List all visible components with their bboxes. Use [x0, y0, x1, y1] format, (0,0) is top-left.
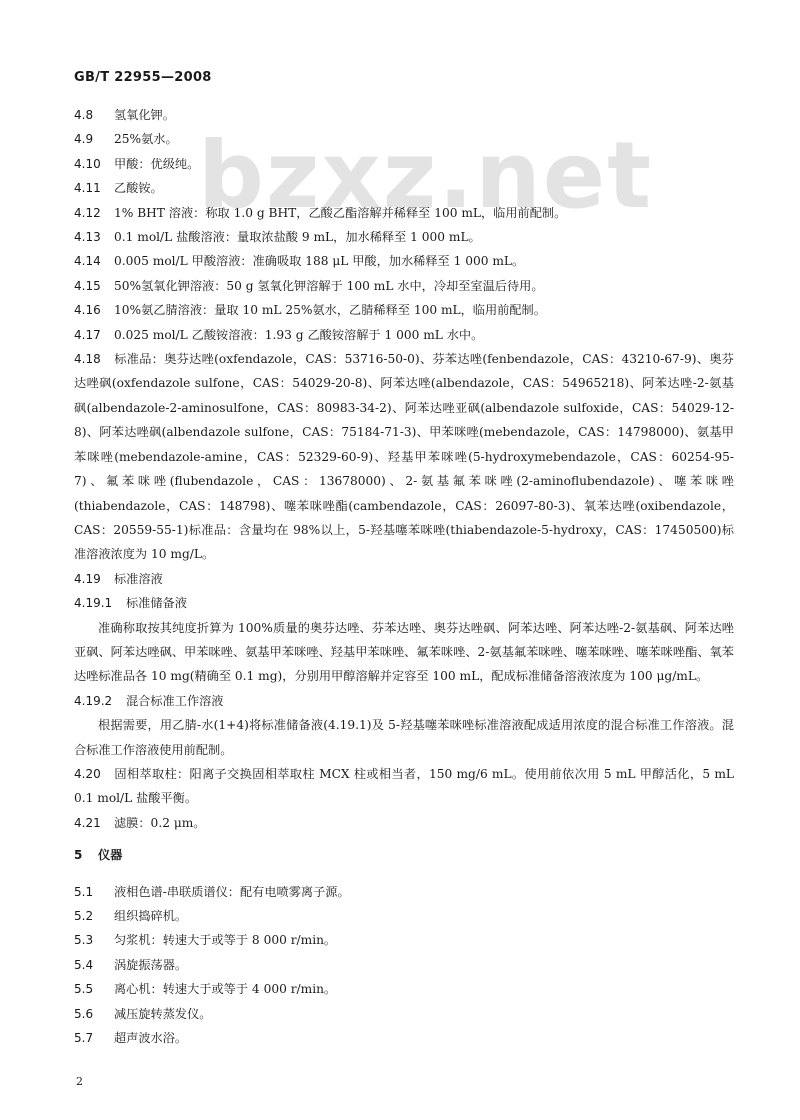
item-text: 0.1 mol/L 盐酸溶液：量取浓盐酸 9 mL，加水稀释至 1 000 mL…: [114, 230, 481, 244]
list-item: 4.925%氨水。: [74, 127, 734, 151]
item-text: 标准溶液: [114, 572, 163, 586]
item-number: 4.21: [74, 811, 114, 835]
item-number: 4.16: [74, 298, 114, 322]
list-item: 4.10甲酸：优级纯。: [74, 152, 734, 176]
item-number: 5.1: [74, 880, 114, 904]
item-text: 甲酸：优级纯。: [114, 157, 199, 171]
item-title: 混合标准工作溶液: [126, 694, 224, 708]
section-title: 仪器: [98, 848, 122, 862]
list-item: 5.3匀浆机：转速大于或等于 8 000 r/min。: [74, 928, 734, 952]
item-number: 4.9: [74, 127, 114, 151]
list-item: 4.20固相萃取柱：阳离子交换固相萃取柱 MCX 柱或相当者，150 mg/6 …: [74, 762, 734, 811]
document-page: GB/T 22955—2008 bzxz.net 4.8氢氧化钾。 4.925%…: [0, 0, 800, 1120]
item-text: 乙酸铵。: [114, 181, 163, 195]
item-number: 4.20: [74, 762, 114, 786]
item-number: 5.6: [74, 1002, 114, 1026]
section-number: 5: [74, 843, 98, 867]
item-text: 组织捣碎机。: [114, 909, 187, 923]
item-number: 4.10: [74, 152, 114, 176]
section-heading: 5仪器: [74, 843, 734, 867]
list-item: 4.1550%氢氧化钾溶液：50 g 氢氧化钾溶解于 100 mL 水中，冷却至…: [74, 274, 734, 298]
item-number: 5.4: [74, 953, 114, 977]
item-text: 涡旋振荡器。: [114, 958, 187, 972]
item-text: 液相色谱-串联质谱仪：配有电喷雾离子源。: [114, 885, 350, 899]
item-number: 4.13: [74, 225, 114, 249]
item-text: 1% BHT 溶液：称取 1.0 g BHT，乙酸乙酯溶解并稀释至 100 mL…: [114, 206, 566, 220]
list-item: 4.140.005 mol/L 甲酸溶液：准确吸取 188 μL 甲酸，加水稀释…: [74, 249, 734, 273]
list-item: 5.4涡旋振荡器。: [74, 953, 734, 977]
item-number: 5.5: [74, 977, 114, 1001]
item-number: 4.18: [74, 347, 114, 371]
list-item: 5.6减压旋转蒸发仪。: [74, 1002, 734, 1026]
item-number: 4.15: [74, 274, 114, 298]
list-item: 5.5离心机：转速大于或等于 4 000 r/min。: [74, 977, 734, 1001]
subsection-heading: 4.19.1标准储备液: [74, 591, 734, 615]
item-number: 4.19: [74, 567, 114, 591]
item-number: 4.19.2: [74, 689, 126, 713]
item-number: 4.19.1: [74, 591, 126, 615]
item-text: 标准品：奥芬达唑(oxfendazole，CAS：53716-50-0)、芬苯达…: [74, 352, 734, 561]
list-item: 4.1610%氨乙腈溶液：量取 10 mL 25%氨水，乙腈稀释至 100 mL…: [74, 298, 734, 322]
list-item: 4.11乙酸铵。: [74, 176, 734, 200]
item-text: 离心机：转速大于或等于 4 000 r/min。: [114, 982, 336, 996]
item-number: 5.2: [74, 904, 114, 928]
item-text: 25%氨水。: [114, 132, 178, 146]
list-item: 4.170.025 mol/L 乙酸铵溶液：1.93 g 乙酸铵溶解于 1 00…: [74, 323, 734, 347]
standard-code-header: GB/T 22955—2008: [74, 70, 212, 85]
item-number: 4.17: [74, 323, 114, 347]
item-text: 50%氢氧化钾溶液：50 g 氢氧化钾溶解于 100 mL 水中，冷却至室温后待…: [114, 279, 544, 293]
list-item: 4.130.1 mol/L 盐酸溶液：量取浓盐酸 9 mL，加水稀释至 1 00…: [74, 225, 734, 249]
list-item: 4.8氢氧化钾。: [74, 103, 734, 127]
item-text: 减压旋转蒸发仪。: [114, 1007, 212, 1021]
document-body: 4.8氢氧化钾。 4.925%氨水。 4.10甲酸：优级纯。 4.11乙酸铵。 …: [74, 103, 734, 1050]
item-number: 4.12: [74, 201, 114, 225]
list-item: 5.2组织捣碎机。: [74, 904, 734, 928]
item-number: 5.3: [74, 928, 114, 952]
item-number: 4.8: [74, 103, 114, 127]
list-item: 5.7超声波水浴。: [74, 1026, 734, 1050]
item-text: 固相萃取柱：阳离子交换固相萃取柱 MCX 柱或相当者，150 mg/6 mL。使…: [74, 767, 734, 805]
subsection-heading: 4.19.2混合标准工作溶液: [74, 689, 734, 713]
item-number: 5.7: [74, 1026, 114, 1050]
item-text: 匀浆机：转速大于或等于 8 000 r/min。: [114, 933, 336, 947]
item-number: 4.14: [74, 249, 114, 273]
list-item: 4.21滤膜：0.2 μm。: [74, 811, 734, 835]
subsection-heading: 4.19标准溶液: [74, 567, 734, 591]
item-number: 4.11: [74, 176, 114, 200]
item-text: 氢氧化钾。: [114, 108, 175, 122]
item-title: 标准储备液: [126, 596, 187, 610]
paragraph: 准确称取按其纯度折算为 100%质量的奥芬达唑、芬苯达唑、奥芬达唑砜、阿苯达唑、…: [74, 616, 734, 689]
list-item: 5.1液相色谱-串联质谱仪：配有电喷雾离子源。: [74, 880, 734, 904]
list-item-standards: 4.18标准品：奥芬达唑(oxfendazole，CAS：53716-50-0)…: [74, 347, 734, 567]
list-item: 4.121% BHT 溶液：称取 1.0 g BHT，乙酸乙酯溶解并稀释至 10…: [74, 201, 734, 225]
item-text: 滤膜：0.2 μm。: [114, 816, 205, 830]
item-text: 超声波水浴。: [114, 1031, 187, 1045]
paragraph: 根据需要，用乙腈-水(1+4)将标准储备液(4.19.1)及 5-羟基噻苯咪唑标…: [74, 713, 734, 762]
item-text: 0.025 mol/L 乙酸铵溶液：1.93 g 乙酸铵溶解于 1 000 mL…: [114, 328, 483, 342]
item-text: 0.005 mol/L 甲酸溶液：准确吸取 188 μL 甲酸，加水稀释至 1 …: [114, 254, 524, 268]
item-text: 10%氨乙腈溶液：量取 10 mL 25%氨水，乙腈稀释至 100 mL，临用前…: [114, 303, 546, 317]
page-number: 2: [76, 1075, 83, 1088]
